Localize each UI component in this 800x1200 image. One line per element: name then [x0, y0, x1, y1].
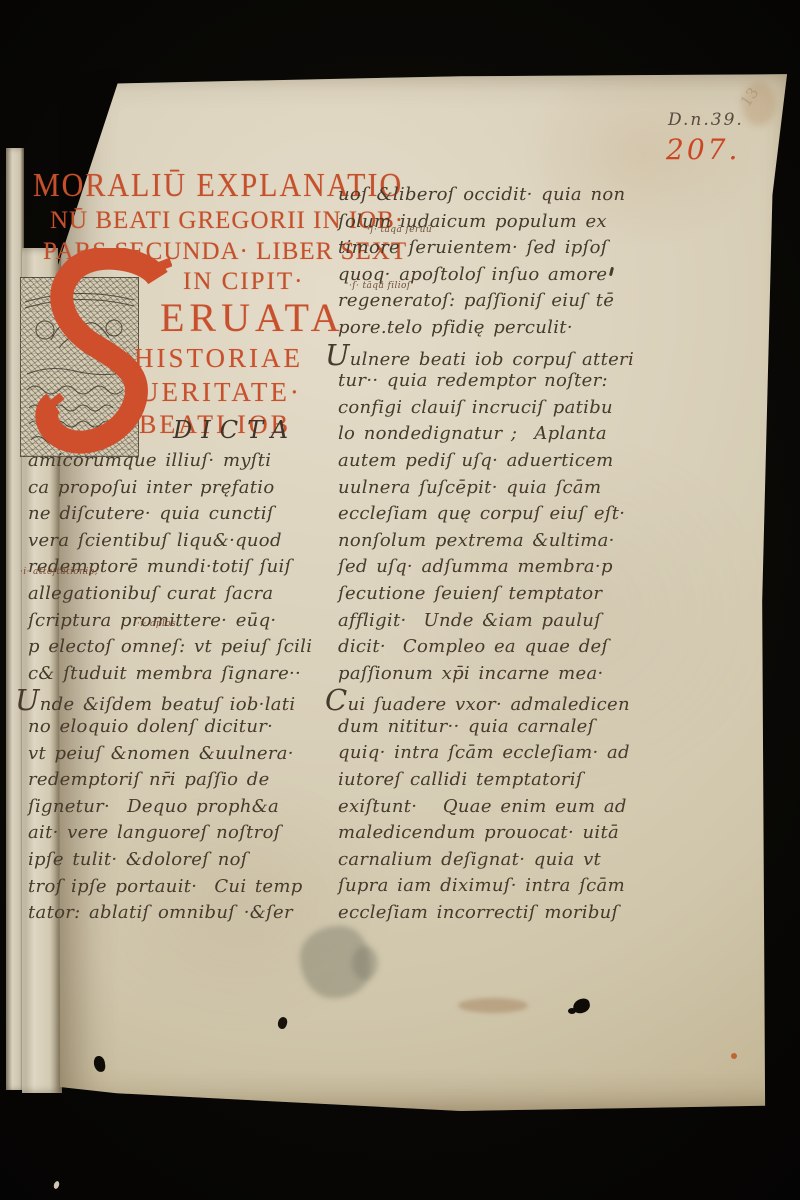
photo-background: 13 D.n.39. 207. MORALIŪ EXPLANATIO NŪ BE…	[0, 0, 800, 1200]
manuscript-line: c& ſtuduit membra ſignare··	[28, 661, 343, 688]
interlinear-gloss: ·ſ· tāqā filioſ	[349, 281, 411, 291]
manuscript-line: dum nititur·· quia carnaleſ	[338, 714, 673, 741]
manuscript-line: pore.telo pfidię perculit·	[338, 315, 673, 342]
manuscript-line: vt peiuſ &nomen &uulnera·	[28, 741, 343, 768]
manuscript-line: exiſtunt· Quae enim eum ad	[338, 794, 673, 821]
manuscript-line: ait· vere languoreſ noſtroſ	[28, 820, 343, 847]
interlinear-gloss: ·i· apl̄os	[137, 619, 176, 629]
manuscript-line: maledicendum prouocat· uitā	[338, 820, 673, 847]
folio-number: 207.	[666, 133, 740, 166]
manuscript-line: vera ſcientibuſ liqu&·quod	[28, 528, 343, 555]
manuscript-line: regeneratoſ: paſſioniſ eiuſ tē	[338, 288, 673, 315]
manuscript-line: Cui ſuadere vxor· admaledicen	[338, 687, 673, 714]
manuscript-line: tur·· quia redemptor noſter:	[338, 368, 673, 395]
manuscript-line: ne diſcutere· quia cunctiſ	[28, 501, 343, 528]
manuscript-line: ipſe tulit· &doloreſ noſ	[28, 847, 343, 874]
manuscript-line: nonſolum pextrema &ultima·	[338, 528, 673, 555]
display-word: ERUATA	[160, 294, 345, 341]
manuscript-line: quiq· intra ſcām eccleſiam· ad	[338, 740, 673, 767]
manuscript-line: ſed uſq· adſumma membra·p	[338, 554, 673, 581]
manuscript-line: troſ ipſe portauit· Cui temp	[28, 874, 343, 901]
display-word: HISTORIAE	[134, 343, 303, 374]
manuscript-line: redemptoriſ nr̄i paſſio de	[28, 767, 343, 794]
shelfmark: D.n.39.	[668, 110, 744, 130]
display-word: UERITATE·	[139, 377, 302, 408]
marginal-gloss: ·i· atteſtationib;	[20, 567, 98, 577]
manuscript-line: paſſionum xp̄i incarne mea·	[338, 661, 673, 688]
manuscript-line: Unde &iſdem beatuſ iob·lati	[28, 687, 343, 714]
manuscript-line: carnalium deſignat· quia vt	[338, 847, 673, 874]
manuscript-line: Uulnere beati iob corpuſ atteri	[338, 342, 673, 369]
manuscript-line: ſecutione ſeuienſ temptator	[338, 581, 673, 608]
manuscript-line: timore ſeruientem· ſed ipſoſ	[338, 235, 673, 262]
interlinear-gloss: ·ſ· tāqā ſeruū	[367, 225, 432, 235]
manuscript-line: affligit· Unde &iam pauluſ	[338, 608, 673, 635]
rubric-line: IN CIPIT·	[183, 268, 304, 296]
manuscript-line: allegationibuſ curat ſacra	[28, 581, 343, 608]
manuscript-line: amicorumque illiuſ· myſti	[28, 448, 343, 475]
manuscript-line: uulnera ſuſcēpit· quia ſcām	[338, 475, 673, 502]
manuscript-line: no eloquio dolenſ dicitur·	[28, 714, 343, 741]
manuscript-line: ſignetur· Dequo proph&a	[28, 794, 343, 821]
manuscript-line: configi clauiſ incruciſ patibu	[338, 395, 673, 422]
manuscript-line: dicit· Compleo ea quae deſ	[338, 634, 673, 661]
manuscript-line: iutoreſ callidi temptatoriſ	[338, 767, 673, 794]
manuscript-line: autem pediſ uſq· aduerticem	[338, 448, 673, 475]
manuscript-line: ca propoſui inter pręfatio	[28, 475, 343, 502]
manuscript-line: uoſ &liberoſ occidit· quia non	[338, 182, 673, 209]
manuscript-line: p electoſ omneſ: vt peiuſ ſcili	[28, 634, 343, 661]
manuscript-line: tator: ablatiſ omnibuſ ·&ſer	[28, 900, 343, 927]
dust-speck	[53, 1180, 60, 1189]
text-column-left: amicorumque illiuſ· myſtica propoſui int…	[28, 448, 343, 927]
manuscript-line: ſupra iam diximuſ· intra ſcām	[338, 873, 673, 900]
display-word-ink: DICTA	[173, 416, 297, 444]
manuscript-line: eccleſiam incorrectiſ moribuſ	[338, 900, 673, 927]
manuscript-line: eccleſiam quę corpuſ eiuſ eſt·	[338, 501, 673, 528]
text-column-right: uoſ &liberoſ occidit· quia nonſolum iuda…	[338, 182, 673, 927]
manuscript-line: ſcriptura promittere· eūq·	[28, 608, 343, 635]
manuscript-line: lo nondedignatur ; Aplanta	[338, 421, 673, 448]
